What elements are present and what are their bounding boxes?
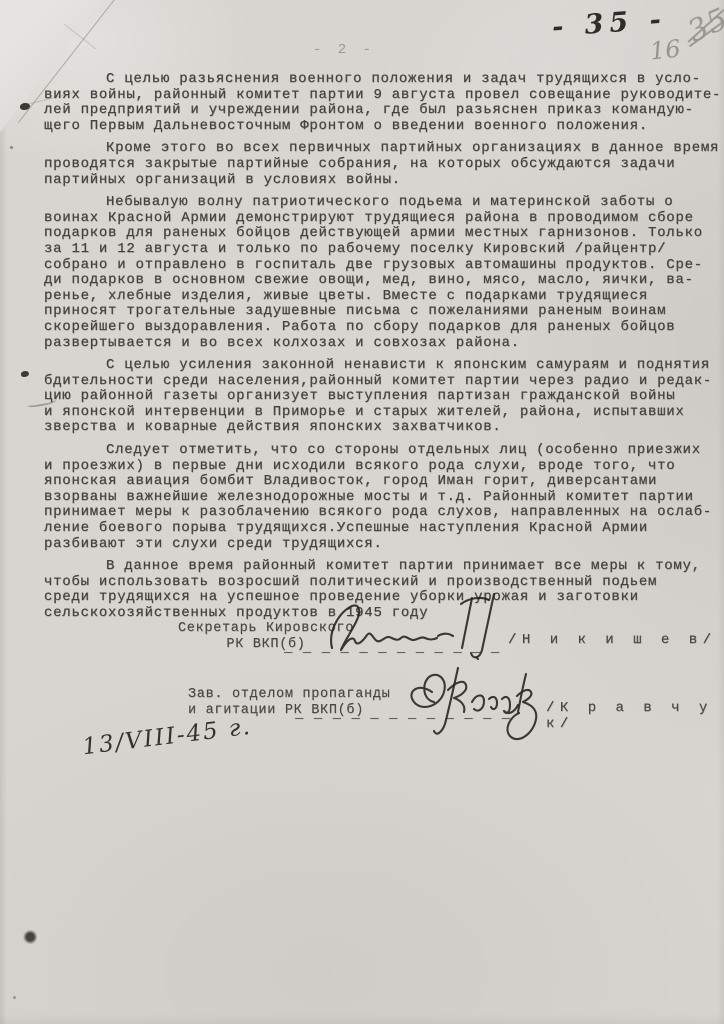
paragraph-closed-party-meetings: Кроме этого во всех первичных партийных … bbox=[44, 141, 724, 188]
handwritten-date: 13/VIII-45 г. bbox=[81, 714, 253, 761]
ink-speck bbox=[13, 996, 16, 999]
signatory-name-kravchuk: /К р а в ч у к/ bbox=[546, 700, 724, 732]
signatory-name-nikishev: /Н и к и ш е в/ bbox=[508, 632, 717, 648]
ink-speck bbox=[10, 146, 13, 149]
paragraph-rumors: Следует отметить, что со стороны отдельн… bbox=[44, 443, 724, 552]
ink-speck bbox=[128, 106, 131, 109]
paragraph-gifts-for-wounded: Небывалую волну патриотического подьема … bbox=[44, 195, 724, 351]
paragraph-anti-japanese-campaign: С целью усиления законной ненависти к яп… bbox=[44, 358, 724, 436]
punch-hole bbox=[23, 930, 39, 944]
pencil-page-number: 16 bbox=[649, 34, 682, 65]
ink-speck bbox=[21, 371, 29, 377]
paragraph-martial-law-meeting: С целью разьяснения военного положения и… bbox=[44, 72, 724, 134]
document-body: С целью разьяснения военного положения и… bbox=[44, 72, 724, 629]
document-page: - 35 - 35 16 - 2 - С целью разьяснения в… bbox=[0, 0, 724, 1024]
crossed-out-page-number: 35 bbox=[683, 1, 724, 49]
signature-kravchuk-ink bbox=[402, 658, 552, 750]
typed-page-number: - 2 - bbox=[313, 42, 375, 58]
